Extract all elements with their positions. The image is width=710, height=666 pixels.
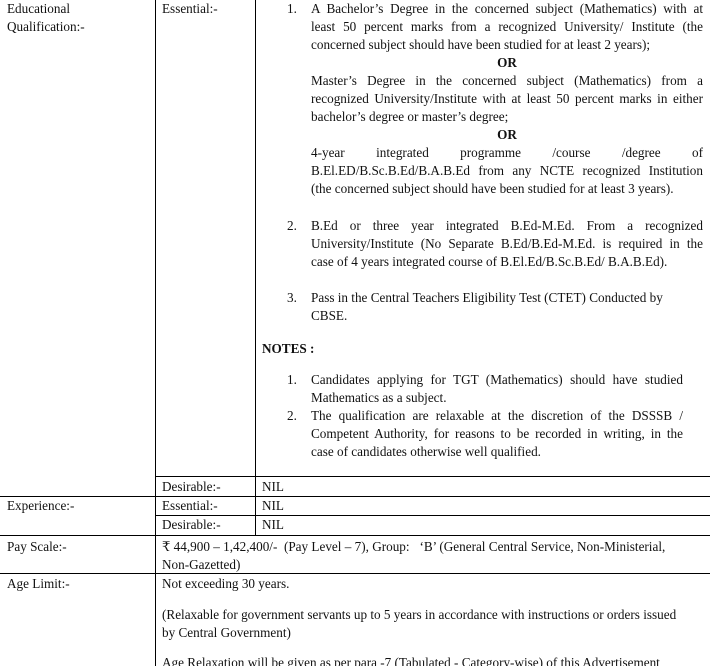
educational-qualification-label: Educational Qualification:- (7, 0, 85, 36)
age-limit-label: Age Limit:- (7, 575, 70, 593)
item-3-text: Pass in the Central Teachers Eligibility… (311, 289, 703, 325)
item-2-text: B.Ed or three year integrated B.Ed-M.Ed.… (311, 217, 703, 271)
row-divider (155, 515, 710, 516)
text-line: Master’s Degree in the concerned subject… (311, 72, 703, 90)
text-line: by Central Government) (162, 624, 676, 642)
age-limit-value: Not exceeding 30 years. (162, 575, 289, 593)
text-line: B.El.ED/B.Sc.B.Ed/B.A.B.Ed from any NCTE… (311, 162, 703, 180)
pay-scale-label: Pay Scale:- (7, 538, 67, 556)
item-1-text: A Bachelor’s Degree in the concerned sub… (311, 0, 703, 198)
item-number: 1. (287, 0, 297, 18)
row-divider (0, 535, 710, 536)
notes-heading: NOTES : (262, 340, 314, 358)
text-line: Non-Gazetted) (162, 556, 665, 574)
note-1-text: Candidates applying for TGT (Mathematics… (311, 371, 683, 407)
column-divider-1 (155, 0, 156, 666)
experience-desirable-value: NIL (262, 516, 284, 534)
text-line: B.Ed or three year integrated B.Ed-M.Ed.… (311, 217, 703, 235)
text-line: (the concerned subject should have been … (311, 180, 703, 198)
text-line: case of candidates otherwise well qualif… (311, 443, 683, 461)
or-separator: OR (311, 54, 703, 72)
text-line: ₹ 44,900 – 1,42,400/- (Pay Level – 7), G… (162, 538, 665, 556)
age-relaxation-text: (Relaxable for government servants up to… (162, 606, 676, 642)
text-line: A Bachelor’s Degree in the concerned sub… (311, 0, 703, 18)
or-separator: OR (311, 126, 703, 144)
experience-essential-label: Essential:- (162, 497, 218, 515)
experience-desirable-label: Desirable:- (162, 516, 221, 534)
row-divider (0, 496, 710, 497)
note-number: 2. (287, 407, 297, 425)
desirable-value: NIL (262, 478, 284, 496)
text-line: concerned subject should have been studi… (311, 36, 703, 54)
label-line: Educational (7, 0, 85, 18)
text-line: Candidates applying for TGT (Mathematics… (311, 371, 683, 389)
item-number: 2. (287, 217, 297, 235)
text-line: Pass in the Central Teachers Eligibility… (311, 289, 703, 307)
row-divider (155, 476, 710, 477)
item-number: 3. (287, 289, 297, 307)
text-line: Competent Authority, for reasons to be r… (311, 425, 683, 443)
essential-label: Essential:- (162, 0, 218, 18)
text-line: case of 4 years integrated course of B.E… (311, 253, 703, 271)
qualification-table: Educational Qualification:- Essential:- … (0, 0, 710, 666)
experience-label: Experience:- (7, 497, 74, 515)
age-relaxation-note: Age Relaxation will be given as per para… (162, 654, 660, 666)
column-divider-2-top (255, 0, 256, 476)
label-line: Qualification:- (7, 18, 85, 36)
text-line: CBSE. (311, 307, 703, 325)
pay-scale-value: ₹ 44,900 – 1,42,400/- (Pay Level – 7), G… (162, 538, 665, 574)
text-line: (Relaxable for government servants up to… (162, 606, 676, 624)
text-line: 4-year integrated programme /course /deg… (311, 144, 703, 162)
text-line: The qualification are relaxable at the d… (311, 407, 683, 425)
text-line: University/Institute (No Separate B.Ed/B… (311, 235, 703, 253)
column-divider-2-bottom (255, 476, 256, 535)
desirable-label: Desirable:- (162, 478, 221, 496)
experience-essential-value: NIL (262, 497, 284, 515)
text-line: Mathematics as a subject. (311, 389, 683, 407)
note-number: 1. (287, 371, 297, 389)
text-line: least 50 percent marks from a recognized… (311, 18, 703, 36)
note-2-text: The qualification are relaxable at the d… (311, 407, 683, 461)
text-line: recognized University/Institute with at … (311, 90, 703, 108)
text-line: bachelor’s degree or master’s degree; (311, 108, 703, 126)
